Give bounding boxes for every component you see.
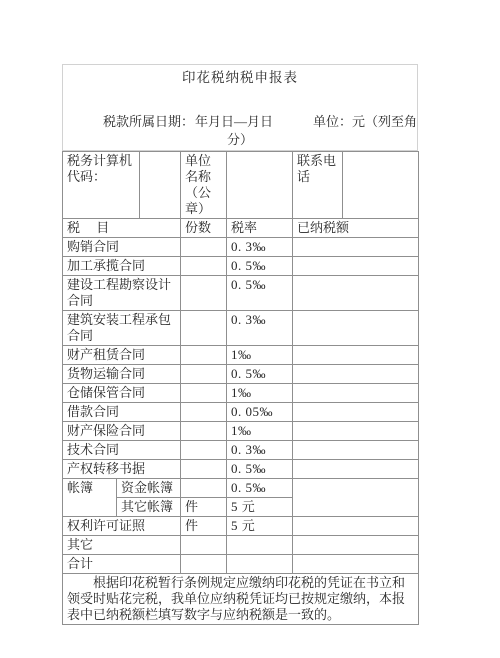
paid-cell	[293, 238, 419, 257]
phone-value-cell	[343, 152, 419, 219]
rate-cell: 0. 3‰	[227, 238, 293, 257]
copies-cell	[181, 311, 227, 346]
copies-cell	[181, 555, 227, 574]
copies-cell	[181, 257, 227, 276]
item-name: 购销合同	[63, 238, 181, 257]
unit-note-wrap: 分）	[63, 131, 417, 148]
rate-cell: 0. 5‰	[227, 460, 293, 479]
rate-cell: 0. 05‰	[227, 403, 293, 422]
stamp-tax-table: 税务计算机代码： 单位名称（公章） 联系电话 税 目 份数 税率 已纳税额 购销…	[62, 151, 419, 625]
table-row-total: 合计	[63, 555, 419, 574]
rate-cell: 0. 5‰	[227, 365, 293, 384]
item-name: 其它	[63, 536, 181, 555]
paid-cell	[293, 403, 419, 422]
copies-cell	[181, 479, 227, 498]
table-row-other: 其它	[63, 536, 419, 555]
copies-cell	[181, 238, 227, 257]
info-row: 税务计算机代码： 单位名称（公章） 联系电话	[63, 152, 419, 219]
rate-cell: 0. 5‰	[227, 257, 293, 276]
paid-cell	[293, 441, 419, 460]
item-name: 其它帐簿	[117, 498, 181, 517]
copies-cell	[181, 384, 227, 403]
paid-cell	[293, 460, 419, 479]
item-name: 建筑安装工程承包合同	[63, 311, 181, 346]
table-row: 货物运输合同 0. 5‰	[63, 365, 419, 384]
unit-name-label: 单位名称（公章）	[181, 152, 227, 219]
unit-name-value-cell	[227, 152, 293, 219]
item-name: 权利许可证照	[63, 517, 181, 536]
rate-cell: 1‰	[227, 346, 293, 365]
form-header: 印花税纳税申报表 税款所属日期： 年月日—月日 单位：元（列至角 分）	[62, 64, 418, 151]
item-name: 借款合同	[63, 403, 181, 422]
column-header-row: 税 目 份数 税率 已纳税额	[63, 219, 419, 238]
rate-cell	[227, 536, 293, 555]
rate-cell: 0. 5‰	[227, 479, 293, 498]
col-header-copies: 份数	[181, 219, 227, 238]
rate-cell: 0. 5‰	[227, 276, 293, 311]
table-row: 财产保险合同 1‰	[63, 422, 419, 441]
stamp-tax-form: 印花税纳税申报表 税款所属日期： 年月日—月日 单位：元（列至角 分） 税务计算…	[62, 64, 418, 625]
col-header-item: 税 目	[63, 219, 181, 238]
table-row: 仓储保管合同 1‰	[63, 384, 419, 403]
rate-cell: 5 元	[227, 517, 293, 536]
document-page: 印花税纳税申报表 税款所属日期： 年月日—月日 单位：元（列至角 分） 税务计算…	[0, 0, 500, 658]
rate-cell: 5 元	[227, 498, 293, 517]
paid-cell	[293, 422, 419, 441]
item-name: 货物运输合同	[63, 365, 181, 384]
total-label: 合计	[63, 555, 181, 574]
paid-cell	[293, 384, 419, 403]
paid-cell	[293, 517, 419, 536]
item-name: 建设工程勘察设计合同	[63, 276, 181, 311]
declaration-row: 根据印花税暂行条例规定应缴纳印花税的凭证在书立和领受时贴花完税，我单位应纳税凭证…	[63, 574, 419, 625]
period-line: 税款所属日期： 年月日—月日 单位：元（列至角	[63, 113, 417, 130]
rate-cell: 0. 3‰	[227, 441, 293, 460]
paid-cell	[293, 365, 419, 384]
table-row-license: 权利许可证照 件 5 元	[63, 517, 419, 536]
table-row: 财产租赁合同 1‰	[63, 346, 419, 365]
rate-cell: 0. 3‰	[227, 311, 293, 346]
copies-cell	[181, 536, 227, 555]
rate-cell: 1‰	[227, 384, 293, 403]
ledger-group-label: 帐簿	[63, 479, 117, 517]
item-name: 产权转移书据	[63, 460, 181, 479]
copies-cell	[181, 276, 227, 311]
table-row-ledger-fund: 帐簿 资金帐簿 0. 5‰	[63, 479, 419, 498]
paid-cell	[293, 311, 419, 346]
period-value: 年月日—月日	[195, 113, 273, 130]
table-row: 建设工程勘察设计合同 0. 5‰	[63, 276, 419, 311]
paid-cell-merged	[293, 479, 419, 517]
col-header-rate: 税率	[227, 219, 293, 238]
table-row: 产权转移书据 0. 5‰	[63, 460, 419, 479]
rate-cell	[227, 555, 293, 574]
item-name: 仓储保管合同	[63, 384, 181, 403]
period-label: 税款所属日期：	[103, 113, 194, 130]
item-name: 财产保险合同	[63, 422, 181, 441]
copies-cell	[181, 460, 227, 479]
table-row: 技术合同 0. 3‰	[63, 441, 419, 460]
paid-cell	[293, 257, 419, 276]
table-row: 建筑安装工程承包合同 0. 3‰	[63, 311, 419, 346]
copies-cell	[181, 441, 227, 460]
tax-code-value-cell	[140, 152, 181, 219]
item-name: 技术合同	[63, 441, 181, 460]
unit-note: 单位：元（列至角	[313, 113, 417, 130]
declaration-text: 根据印花税暂行条例规定应缴纳印花税的凭证在书立和领受时贴花完税，我单位应纳税凭证…	[63, 574, 419, 625]
col-header-paid: 已纳税额	[293, 219, 419, 238]
paid-cell	[293, 276, 419, 311]
paid-cell	[293, 555, 419, 574]
copies-cell: 件	[181, 517, 227, 536]
copies-cell	[181, 346, 227, 365]
phone-label: 联系电话	[293, 152, 343, 219]
tax-code-label: 税务计算机代码：	[63, 152, 140, 219]
paid-cell	[293, 536, 419, 555]
table-row: 借款合同 0. 05‰	[63, 403, 419, 422]
copies-cell	[181, 403, 227, 422]
form-title: 印花税纳税申报表	[63, 65, 417, 86]
item-name: 资金帐簿	[117, 479, 181, 498]
copies-cell	[181, 365, 227, 384]
item-name: 财产租赁合同	[63, 346, 181, 365]
item-name: 加工承揽合同	[63, 257, 181, 276]
table-row: 加工承揽合同 0. 5‰	[63, 257, 419, 276]
copies-cell: 件	[181, 498, 227, 517]
copies-cell	[181, 422, 227, 441]
paid-cell	[293, 346, 419, 365]
table-row: 购销合同 0. 3‰	[63, 238, 419, 257]
rate-cell: 1‰	[227, 422, 293, 441]
